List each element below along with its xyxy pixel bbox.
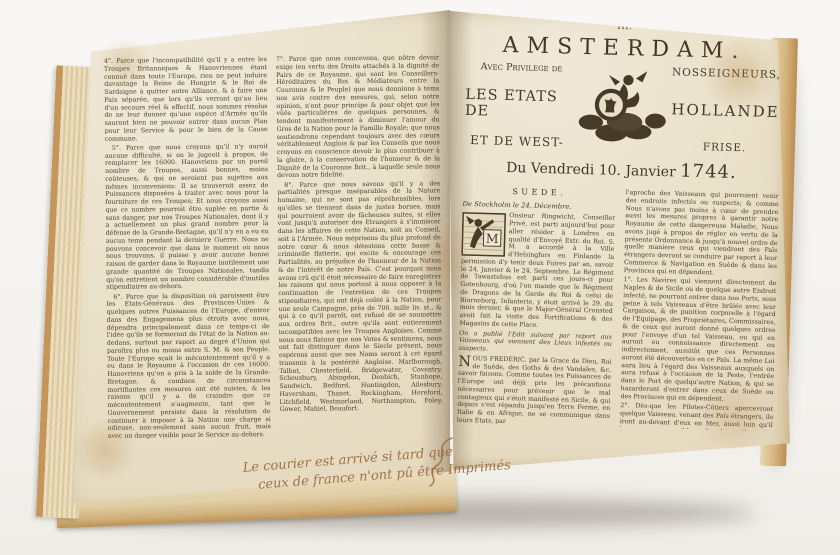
left-page-column-2: 7°. Parce que nous concevons, que nôtre … (276, 54, 443, 458)
stockholm-dateline: De Stockholm le 24. Décembre. (462, 200, 615, 212)
issue-date-line: Du Vendredi 10. Janvier 1744. (463, 155, 779, 184)
winged-figure-woodcut-initial-icon: M (461, 212, 506, 257)
ordinance-article-2: 2°. Dès-que les Pilotes-Côtiers apercevr… (620, 402, 774, 431)
drop-cap-N: N (458, 355, 471, 370)
masthead-left: Avec Privilege de LES ETATS DE ET DE WES… (464, 61, 577, 150)
les-etats-de-line: LES ETATS DE (465, 86, 577, 121)
paragraph-4: 4°. Parce que l'incompatibilité qu'il y … (104, 56, 268, 143)
drop-cap-M: M (486, 231, 499, 246)
right-page-column-1: SUEDE. De Stockholm le 24. Décembre. M (457, 185, 616, 427)
frise-line: FRISE. (669, 140, 780, 155)
left-page-column-1: 4°. Parce que l'incompatibilité qu'il y … (104, 56, 271, 460)
right-page-text-block: III. AMSTERDAM. Avec Privilege de LES ET… (457, 18, 783, 431)
edict-paragraph: OUS FREDERIC, par la Grace de Dieu, Roi … (457, 355, 612, 427)
hollande-line: HOLLANDE (670, 100, 781, 121)
privilege-line: Avec Privilege de (466, 61, 577, 75)
gazette-title: AMSTERDAM. (466, 32, 783, 65)
masthead-right: NOSSEIGNEURS, HOLLANDE FRISE. (669, 66, 782, 155)
masthead: Avec Privilege de LES ETATS DE ET DE WES… (464, 61, 782, 155)
paragraph-7: 7°. Parce que nous concevons, que nôtre … (276, 54, 440, 180)
edict-opening: N OUS FREDERIC, par la Grace de Dieu, Ro… (457, 355, 612, 427)
left-page: 4°. Parce que l'incompatibilité qu'il y … (60, 8, 450, 513)
ordinance-article-1: 1°. Les Navires qui viennent directement… (620, 276, 776, 404)
left-page-text-block: 4°. Parce que l'incompatibilité qu'il y … (104, 54, 448, 460)
ink-flourish (424, 436, 458, 488)
section-heading-suede: SUEDE. (463, 186, 616, 200)
cherub-on-clouds-woodcut-icon (575, 64, 671, 152)
ordinance-preamble: l'aproche des Vaisseaux qui pourroient v… (624, 189, 779, 278)
right-page-column-2: l'aproche des Vaisseaux qui pourroient v… (620, 189, 779, 431)
issue-date-text: Du Vendredi 10. Janvier (506, 160, 676, 180)
right-page: III. AMSTERDAM. Avec Privilege de LES ET… (448, 8, 790, 470)
edict-intro-note: On a publié l'Edit suivant par raport au… (459, 329, 613, 356)
photograph-of-open-gazette: 4°. Parce que l'incompatibilité qu'il y … (0, 0, 840, 555)
paragraph-6: 6°. Parce que la disposition où paroisse… (106, 292, 271, 441)
issue-year: 1744. (680, 161, 737, 183)
paragraph-5: 5°. Parce que nous croyons qu'il n'y aur… (105, 143, 270, 292)
et-de-west-line: ET DE WEST- (464, 133, 575, 150)
paragraph-8: 8°. Parce que nous savons qu'il y a des … (277, 180, 442, 414)
nosseigneurs-line: NOSSEIGNEURS, (671, 66, 782, 81)
